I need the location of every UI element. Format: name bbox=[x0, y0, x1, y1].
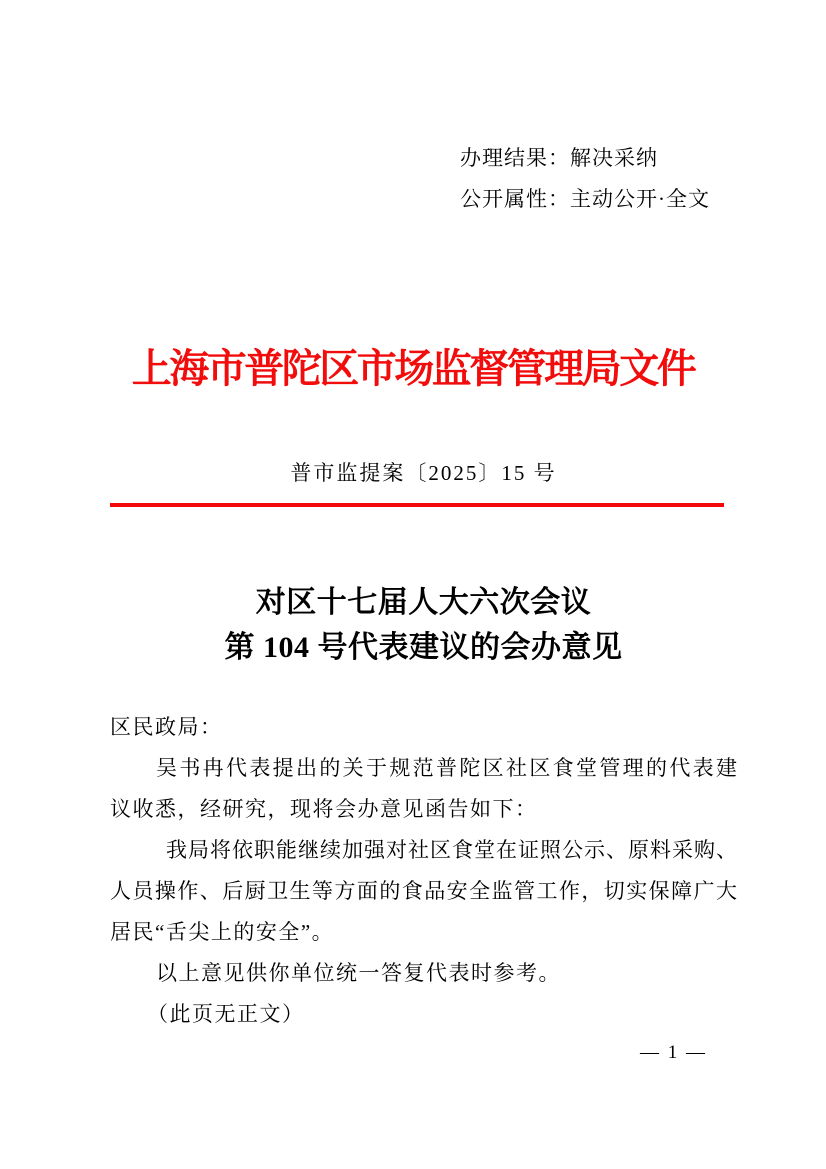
body-salutation: 区民政局： bbox=[110, 707, 737, 748]
subject-heading: 对区十七届人大六次会议 第 104 号代表建议的会办意见 bbox=[110, 580, 737, 670]
body-line: 居民“舌尖上的安全”。 bbox=[110, 912, 737, 953]
body-line: 以上意见供你单位统一答复代表时参考。 bbox=[110, 953, 737, 994]
body-line: 人员操作、后厨卫生等方面的食品安全监管工作，切实保障广大 bbox=[110, 871, 737, 912]
masthead-title: 上海市普陀区市场监督管理局文件 bbox=[0, 345, 826, 393]
document-number: 普市监提案〔2025〕15 号 bbox=[110, 458, 737, 488]
body-no-text-note: （此页无正文） bbox=[110, 994, 737, 1035]
official-document-page: 办理结果：解决采纳 公开属性：主动公开·全文 上海市普陀区市场监督管理局文件 普… bbox=[0, 0, 826, 1169]
handling-result-line: 办理结果：解决采纳 bbox=[460, 138, 710, 179]
subject-heading-line1: 对区十七届人大六次会议 bbox=[110, 580, 737, 625]
subject-heading-line2: 第 104 号代表建议的会办意见 bbox=[110, 625, 737, 670]
page-number: — 1 — bbox=[110, 1042, 707, 1064]
body-line: 议收悉，经研究，现将会办意见函告如下： bbox=[110, 789, 737, 830]
publicity-attribute-line: 公开属性：主动公开·全文 bbox=[460, 179, 710, 220]
body-line: 吴书冉代表提出的关于规范普陀区社区食堂管理的代表建 bbox=[110, 748, 737, 789]
body-line: 我局将依职能继续加强对社区食堂在证照公示、原料采购、 bbox=[110, 830, 737, 871]
masthead-divider-rule bbox=[110, 503, 724, 507]
document-body: 区民政局： 吴书冉代表提出的关于规范普陀区社区食堂管理的代表建 议收悉，经研究，… bbox=[110, 707, 737, 1035]
meta-block: 办理结果：解决采纳 公开属性：主动公开·全文 bbox=[460, 138, 710, 220]
